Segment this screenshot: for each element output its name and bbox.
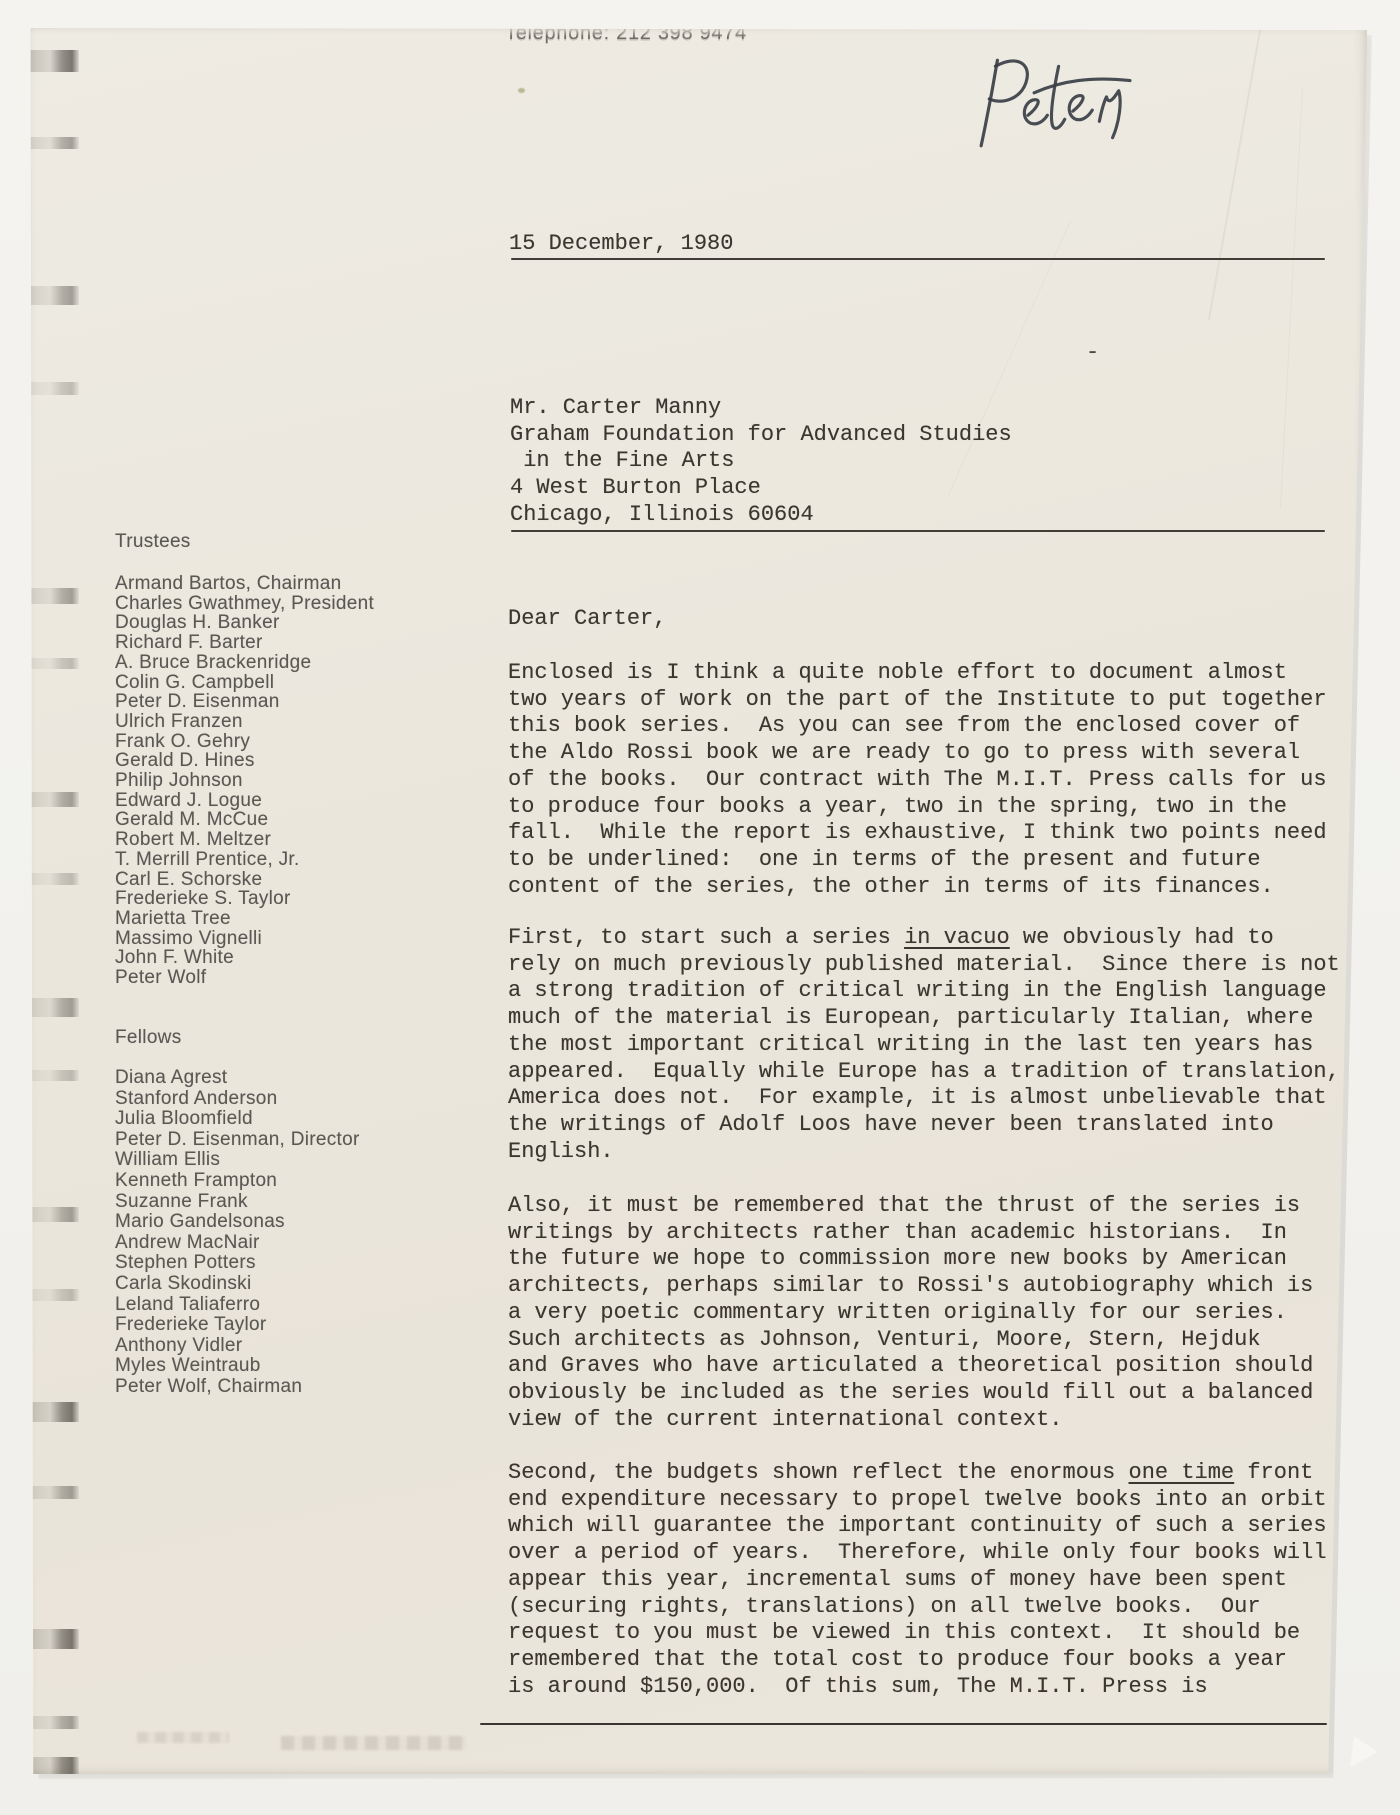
salutation: Dear Carter,: [508, 606, 666, 633]
binding-smudge: [29, 998, 79, 1017]
text-line: Such architects as Johnson, Venturi, Moo…: [508, 1327, 1313, 1354]
text-line: Douglas H. Banker: [115, 613, 374, 633]
paper-fleck: [518, 88, 525, 93]
text-line: Edward J. Logue: [115, 791, 374, 811]
letter-sheet: Telephone: 212 398 9474 Trustees Armand …: [29, 28, 1367, 1774]
text-line: and Graves who have articulated a theore…: [508, 1353, 1313, 1380]
paper-crease: [1208, 28, 1262, 320]
text-line: A. Bruce Brackenridge: [115, 653, 374, 673]
text-line: Carl E. Schorske: [115, 870, 374, 890]
binding-smudge: [29, 588, 79, 604]
text-line: Armand Bartos, Chairman: [115, 574, 374, 594]
paper-crease: [1280, 88, 1303, 507]
text-line: Ulrich Franzen: [115, 712, 374, 732]
text-line: a very poetic commentary written origina…: [508, 1300, 1313, 1327]
binding-smudge: [29, 1402, 79, 1422]
text-line: appear this year, incremental sums of mo…: [508, 1567, 1327, 1594]
text-line: John F. White: [115, 948, 374, 968]
text-line: (securing rights, translations) on all t…: [508, 1594, 1327, 1621]
text-line: Carla Skodinski: [115, 1274, 360, 1295]
text-line: Colin G. Campbell: [115, 673, 374, 693]
binding-smudge: [29, 792, 79, 807]
trustees-heading: Trustees: [115, 532, 191, 552]
text-line: Philip Johnson: [115, 771, 374, 791]
text-line: Second, the budgets shown reflect the en…: [508, 1460, 1327, 1487]
text-line: two years of work on the part of the Ins…: [508, 687, 1327, 714]
text-line: Peter D. Eisenman: [115, 692, 374, 712]
text-line: architects, perhaps similar to Rossi's a…: [508, 1273, 1313, 1300]
text-line: Anthony Vidler: [115, 1336, 360, 1357]
ink-bleed-through: [137, 1732, 229, 1743]
text-line: the Aldo Rossi book we are ready to go t…: [508, 740, 1327, 767]
underlined-phrase: in vacuo: [904, 925, 1010, 950]
text-line: over a period of years. Therefore, while…: [508, 1540, 1327, 1567]
text-line: view of the current international contex…: [508, 1407, 1313, 1434]
binding-smudge: [29, 1716, 79, 1729]
letterhead-telephone: Telephone: 212 398 9474: [505, 28, 747, 44]
text-line: Leland Taliaferro: [115, 1295, 360, 1316]
binding-smudge: [29, 137, 79, 149]
text-line: the future we hope to commission more ne…: [508, 1246, 1313, 1273]
fellows-heading: Fellows: [115, 1028, 182, 1048]
text-line: much of the material is European, partic…: [508, 1005, 1340, 1032]
text-line: Kenneth Frampton: [115, 1171, 360, 1192]
text-line: appeared. Equally while Europe has a tra…: [508, 1059, 1340, 1086]
text-segment: front: [1234, 1460, 1313, 1485]
text-line: Richard F. Barter: [115, 633, 374, 653]
binding-smudge: [29, 286, 79, 305]
text-line: fall. While the report is exhaustive, I …: [508, 820, 1327, 847]
text-line: Graham Foundation for Advanced Studies: [510, 422, 1012, 449]
text-segment: Second, the budgets shown reflect the en…: [508, 1460, 1129, 1485]
binding-smudge: [29, 1070, 79, 1081]
text-line: Charles Gwathmey, President: [115, 594, 374, 614]
text-line: Frederieke Taylor: [115, 1315, 360, 1336]
handwritten-peter-annotation: [975, 52, 1133, 154]
text-line: 4 West Burton Place: [510, 475, 1012, 502]
binding-smudge: [29, 658, 79, 669]
text-line: obviously be included as the series woul…: [508, 1380, 1313, 1407]
binding-smudge: [29, 873, 79, 885]
text-line: Frederieke S. Taylor: [115, 889, 374, 909]
date-divider-rule: [511, 258, 1325, 260]
text-line: to be underlined: one in terms of the pr…: [508, 847, 1327, 874]
text-line: the writings of Adolf Loos have never be…: [508, 1112, 1340, 1139]
fellows-list: Diana AgrestStanford AndersonJulia Bloom…: [115, 1068, 360, 1398]
text-line: Peter Wolf, Chairman: [115, 1377, 360, 1398]
text-line: Peter Wolf: [115, 968, 374, 988]
text-line: Gerald M. McCue: [115, 810, 374, 830]
text-line: William Ellis: [115, 1150, 360, 1171]
underlined-phrase: one time: [1129, 1460, 1235, 1485]
text-line: Robert M. Meltzer: [115, 830, 374, 850]
text-line: Suzanne Frank: [115, 1192, 360, 1213]
recipient-address-block: Mr. Carter MannyGraham Foundation for Ad…: [510, 395, 1012, 529]
paragraph-3: Also, it must be remembered that the thr…: [508, 1193, 1313, 1433]
text-line: in the Fine Arts: [510, 448, 1012, 475]
text-line: Also, it must be remembered that the thr…: [508, 1193, 1313, 1220]
ink-bleed-through: [281, 1736, 466, 1750]
binding-smudge: [29, 1207, 79, 1222]
text-line: to produce four books a year, two in the…: [508, 794, 1327, 821]
text-line: the most important critical writing in t…: [508, 1032, 1340, 1059]
address-divider-rule: [511, 530, 1325, 532]
binding-smudge: [29, 382, 79, 395]
text-segment: First, to start such a series: [508, 925, 904, 950]
text-line: America does not. For example, it is alm…: [508, 1085, 1340, 1112]
binding-smudge: [29, 50, 79, 72]
text-line: a strong tradition of critical writing i…: [508, 978, 1340, 1005]
text-line: rely on much previously published materi…: [508, 952, 1340, 979]
text-line: Stephen Potters: [115, 1253, 360, 1274]
text-line: Frank O. Gehry: [115, 732, 374, 752]
bottom-page-rule: [480, 1723, 1327, 1725]
text-line: remembered that the total cost to produc…: [508, 1647, 1327, 1674]
trustees-list: Armand Bartos, ChairmanCharles Gwathmey,…: [115, 574, 374, 988]
text-line: Enclosed is I think a quite noble effort…: [508, 660, 1327, 687]
paragraph-2: First, to start such a series in vacuo w…: [508, 925, 1340, 1165]
text-segment: we obviously had to: [1010, 925, 1274, 950]
text-line: request to you must be viewed in this co…: [508, 1620, 1327, 1647]
letter-date: 15 December, 1980: [509, 231, 733, 258]
scanned-letter-screenshot: { "letterhead": { "telephone": "Telephon…: [0, 0, 1400, 1815]
text-line: writings by architects rather than acade…: [508, 1220, 1313, 1247]
binding-smudge: [29, 1757, 79, 1774]
text-line: First, to start such a series in vacuo w…: [508, 925, 1340, 952]
text-line: of the books. Our contract with The M.I.…: [508, 767, 1327, 794]
text-line: English.: [508, 1139, 1340, 1166]
text-line: Diana Agrest: [115, 1068, 360, 1089]
text-line: T. Merrill Prentice, Jr.: [115, 850, 374, 870]
paper-tear-corner: [1350, 1736, 1378, 1767]
text-line: this book series. As you can see from th…: [508, 713, 1327, 740]
text-line: Andrew MacNair: [115, 1233, 360, 1254]
text-line: which will guarantee the important conti…: [508, 1513, 1327, 1540]
binding-smudge: [29, 1486, 79, 1499]
text-line: Julia Bloomfield: [115, 1109, 360, 1130]
binding-smudge: [29, 1629, 79, 1649]
paragraph-1: Enclosed is I think a quite noble effort…: [508, 660, 1327, 900]
text-line: end expenditure necessary to propel twel…: [508, 1487, 1327, 1514]
text-line: Mario Gandelsonas: [115, 1212, 360, 1233]
text-line: Myles Weintraub: [115, 1356, 360, 1377]
text-line: Gerald D. Hines: [115, 751, 374, 771]
text-line: Marietta Tree: [115, 909, 374, 929]
text-line: Peter D. Eisenman, Director: [115, 1130, 360, 1151]
binding-smudge: [29, 1289, 79, 1301]
stray-typed-dash: -: [1086, 340, 1099, 367]
text-line: Stanford Anderson: [115, 1089, 360, 1110]
text-line: is around $150,000. Of this sum, The M.I…: [508, 1674, 1327, 1701]
text-line: Mr. Carter Manny: [510, 395, 1012, 422]
paragraph-4: Second, the budgets shown reflect the en…: [508, 1460, 1327, 1700]
text-line: Massimo Vignelli: [115, 929, 374, 949]
text-line: Chicago, Illinois 60604: [510, 502, 1012, 529]
text-line: content of the series, the other in term…: [508, 874, 1327, 901]
